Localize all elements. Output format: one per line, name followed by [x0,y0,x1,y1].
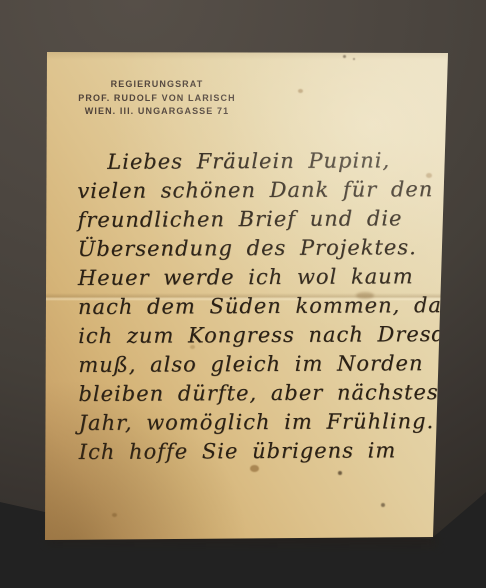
foxing-spot [338,471,342,475]
handwritten-text: Liebes Fräulein Pupini, vielen schönen D… [77,146,451,467]
letter-line: freundlichen Brief und die [77,204,449,235]
letter-line: Ich hoffe Sie übrigens im [79,436,451,467]
letter-paper: REGIERUNGSRAT PROF. RUDOLF VON LARISCH W… [40,45,455,545]
letter-line: Übersendung des Projektes. [78,233,450,264]
photo-scene: REGIERUNGSRAT PROF. RUDOLF VON LARISCH W… [0,0,486,588]
letter-line: nach dem Süden kommen, da [78,291,450,322]
letter-line: ich zum Kongress nach Dresden [78,320,450,351]
foxing-spot [298,89,303,93]
foxing-spot [343,55,346,58]
letterhead-line-3: WIEN. III. UNGARGASSE 71 [68,105,246,119]
foxing-spot [112,513,117,517]
letter-line: Jahr, womöglich im Frühling. [79,407,451,438]
letterhead-line-1: REGIERUNGSRAT [68,78,246,92]
letter-line: Heuer werde ich wol kaum [78,262,450,293]
letter-line: muß, also gleich im Norden [78,349,450,380]
letterhead-line-2: PROF. RUDOLF VON LARISCH [68,92,246,106]
letter-line: Liebes Fräulein Pupini, [77,146,449,177]
foxing-spot [381,503,385,507]
foxing-spot [353,58,355,60]
letter-line: bleiben dürfte, aber nächstes [78,378,450,409]
letterhead: REGIERUNGSRAT PROF. RUDOLF VON LARISCH W… [68,78,246,119]
letter-line: vielen schönen Dank für den [77,175,449,206]
